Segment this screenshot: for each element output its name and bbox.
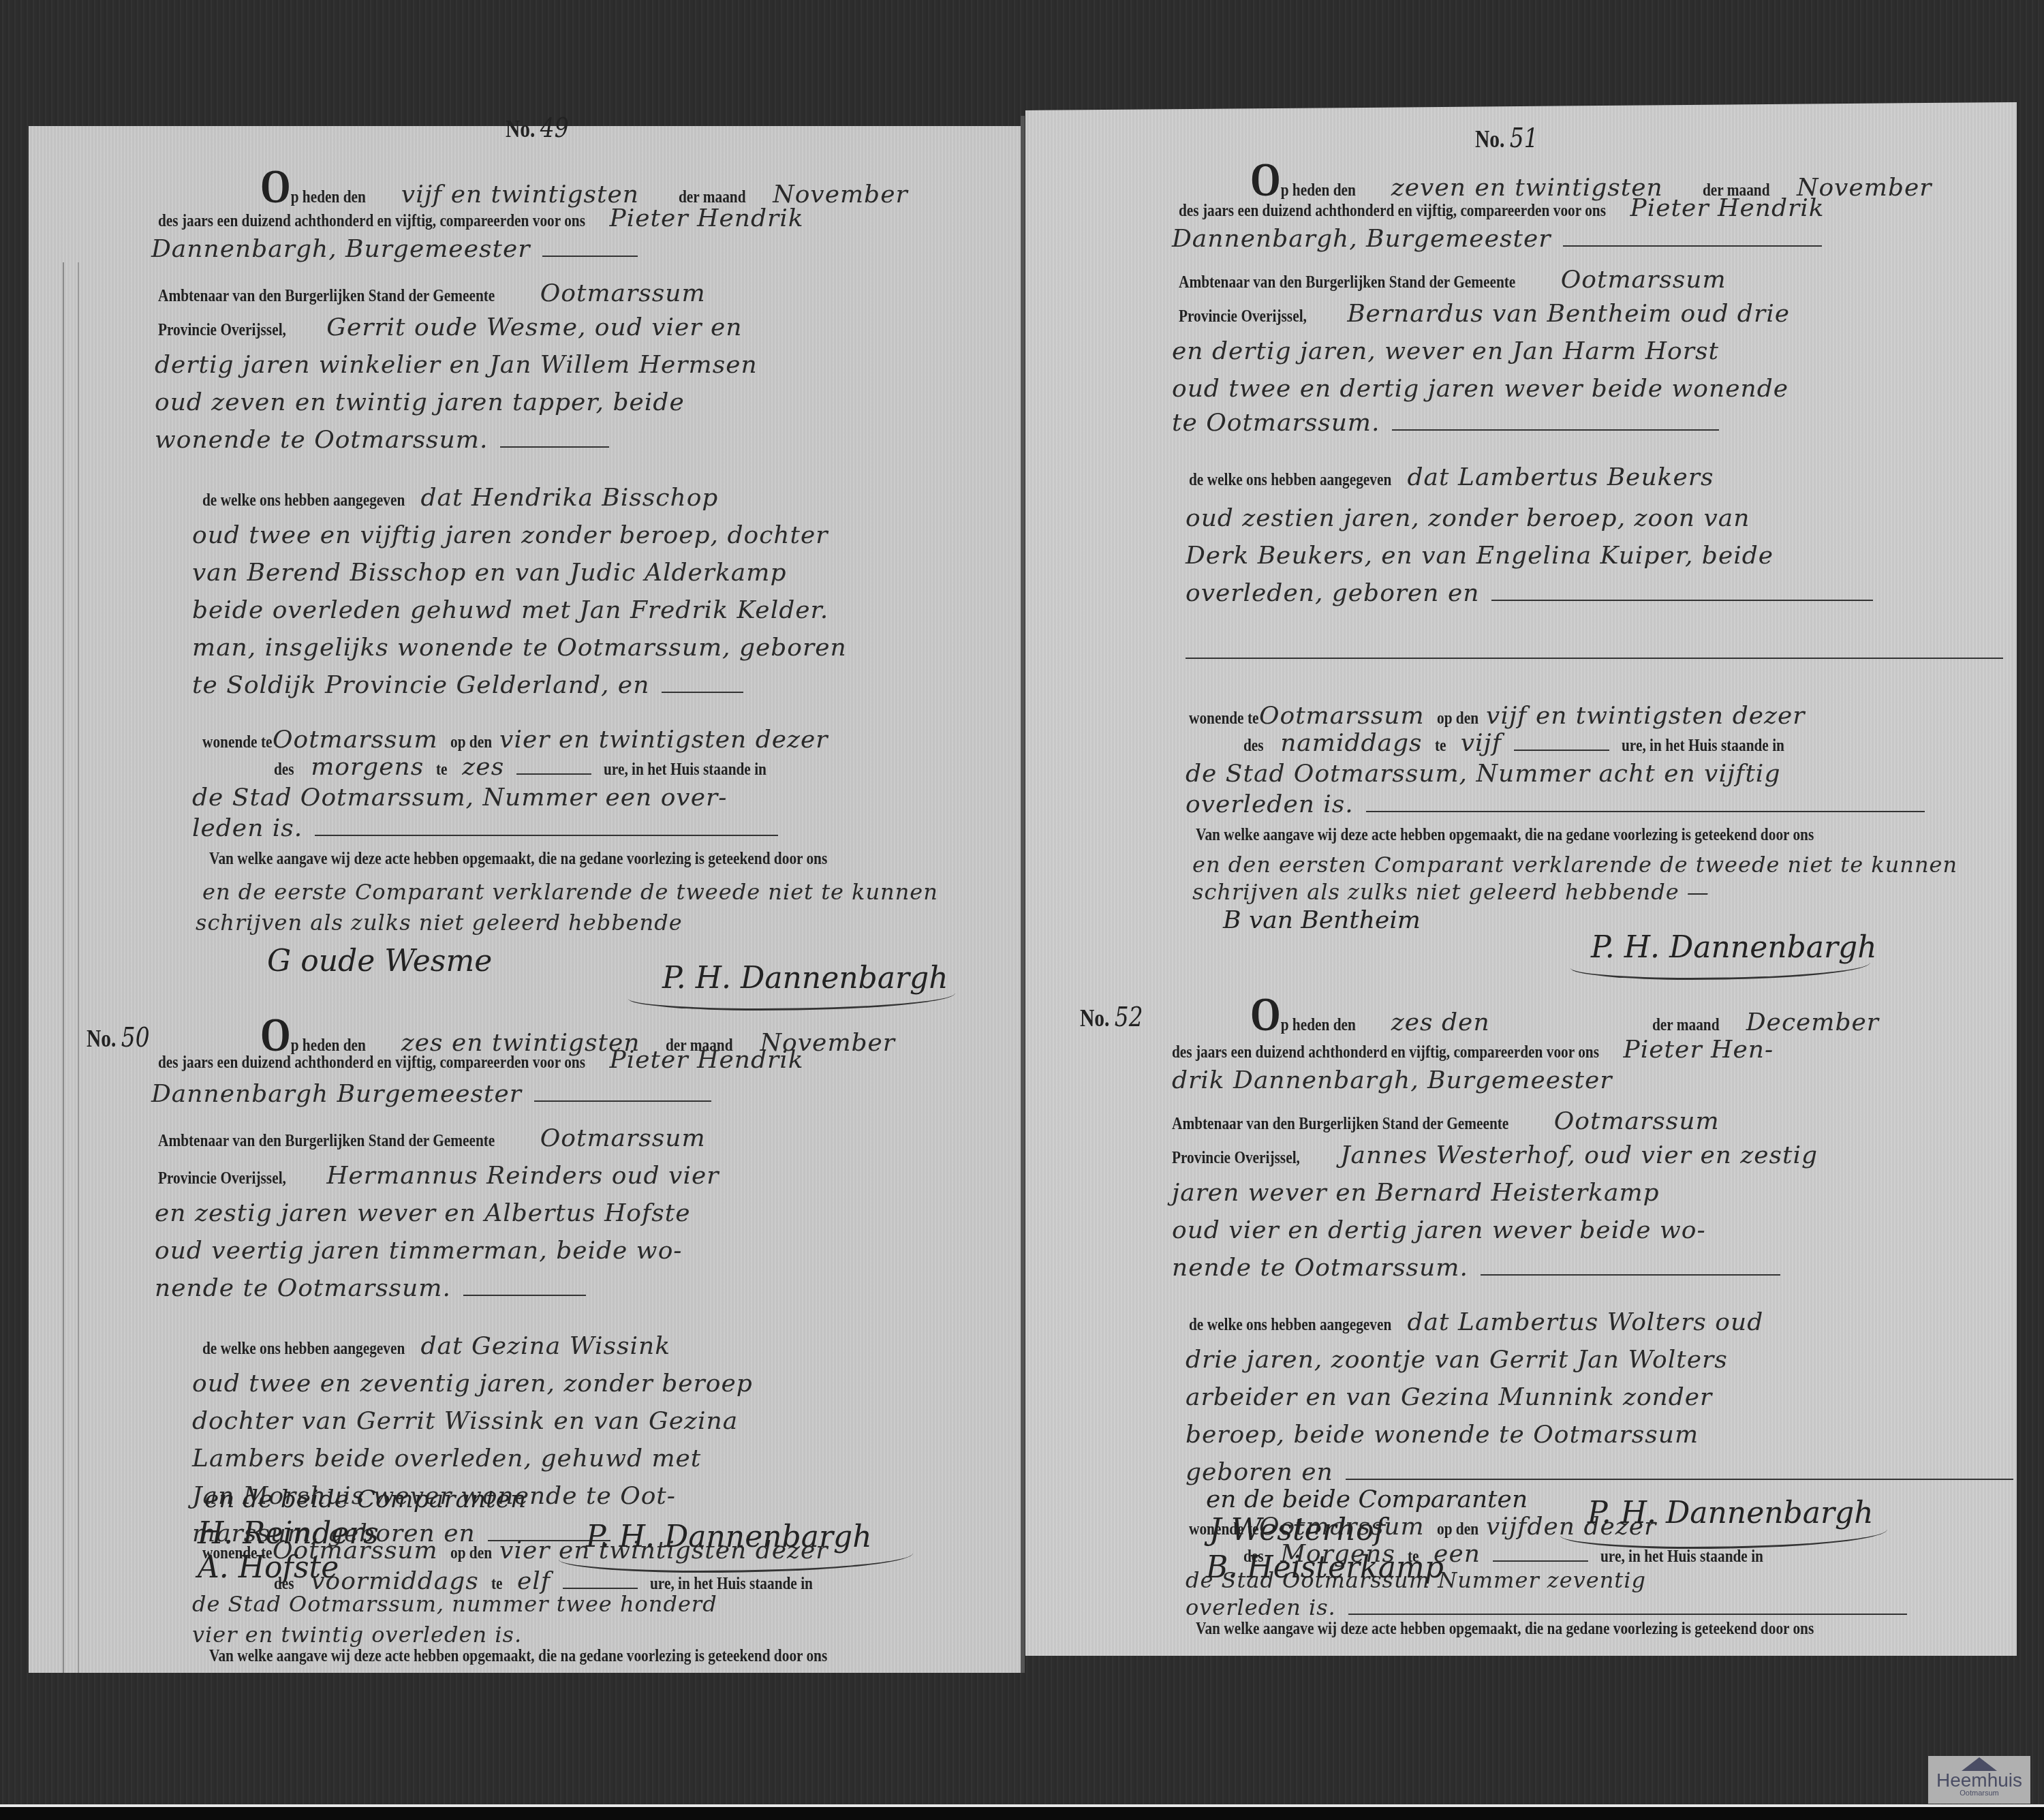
deceased-line: de welke ons hebben aangegeven dat Lambe… — [1189, 463, 1714, 491]
witness-line-1: Provincie Overijssel, Gerrit oude Wesme,… — [158, 313, 743, 341]
deceased-detail-3: overleden, geboren en — [1186, 579, 1873, 607]
ambtenaar-line: Ambtenaar van den Burgerlijken Stand der… — [158, 1124, 706, 1152]
house-line-2: leden is. — [192, 814, 778, 842]
signature-witness-1: H. Reinders — [198, 1516, 379, 1551]
closing-hand-51-2: schrijven als zulks niet geleerd hebbend… — [1192, 879, 1709, 905]
act-number: No. 51 — [1475, 123, 1552, 154]
house-line-1: de Stad Ootmarssum, Nummer acht en vijft… — [1186, 760, 1780, 788]
right-page: No. 51 Op heden den zeven en twintigsten… — [1025, 102, 2017, 1656]
year-line-52: des jaars een duizend achthonderd en vij… — [1172, 1036, 1774, 1064]
deceased-line: de welke ons hebben aangegeven dat Gezin… — [202, 1332, 670, 1360]
house-roof-icon — [1962, 1757, 1997, 1771]
deceased-line-52: de welke ons hebben aangegeven dat Lambe… — [1189, 1308, 1763, 1336]
witness-line-4: te Ootmarssum. — [1172, 409, 1719, 437]
signature-witness-2: A. Hofste — [198, 1550, 339, 1585]
deceased-detail-2: dochter van Gerrit Wissink en van Gezina — [192, 1407, 738, 1435]
deceased-detail-3: beide overleden gehuwd met Jan Fredrik K… — [192, 596, 829, 624]
witness-line-1: Provincie Overijssel, Bernardus van Bent… — [1179, 300, 1790, 328]
deceased-detail-52-1: drie jaren, zoontje van Gerrit Jan Wolte… — [1186, 1346, 1728, 1374]
residence-line: wonende te Ootmarssum op den vijf en twi… — [1189, 702, 1806, 730]
witness-line-52-2: jaren wever en Bernard Heisterkamp — [1172, 1179, 1660, 1207]
deceased-detail-52-3: beroep, beide wonende te Ootmarssum — [1186, 1421, 1699, 1449]
house-line-50-2: vier en twintig overleden is. — [192, 1622, 522, 1648]
witness-line-1: Provincie Overijssel, Hermannus Reinders… — [158, 1162, 719, 1190]
witness-line-52-1: Provincie Overijssel, Jannes Westerhof, … — [1172, 1141, 1818, 1169]
act-50-closing-hand: en de beide Comparanten — [204, 1485, 526, 1513]
act-day: zes den — [1391, 1008, 1490, 1036]
deceased-detail-1: oud zestien jaren, zonder beroep, zoon v… — [1186, 504, 1750, 532]
act-51: No. 51 Op heden den zeven en twintigsten… — [1025, 102, 2017, 886]
deceased-detail-1: oud twee en zeventig jaren, zonder beroe… — [192, 1370, 753, 1398]
house-line-52-2: overleden is. — [1186, 1594, 1907, 1620]
witness-line-2: en zestig jaren wever en Albertus Hofste — [155, 1199, 691, 1227]
signature-flourish — [1570, 951, 1870, 980]
watermark-name: Heemhuis — [1928, 1771, 2030, 1790]
deceased-detail-4: man, insgelijks wonende te Ootmarssum, g… — [192, 634, 847, 662]
ambtenaar-line: Ambtenaar van den Burgerlijken Stand der… — [1179, 266, 1726, 294]
closing-line-49: Van welke aangave wij deze acte hebben o… — [209, 848, 963, 869]
heemhuis-watermark-logo: Heemhuis Ootmarsum — [1928, 1756, 2030, 1804]
act-49: No. 49 Op heden den vijf en twintigsten … — [29, 126, 1022, 876]
year-line: des jaars een duizend achthonderd en vij… — [158, 1046, 804, 1074]
deceased-detail-5: te Soldijk Provincie Gelderland, en — [192, 671, 743, 699]
ambtenaar-line-52: Ambtenaar van den Burgerlijken Stand der… — [1172, 1107, 1720, 1135]
watermark-subtitle: Ootmarsum — [1928, 1790, 2030, 1798]
act-opening-line-52: Op heden den zes den der maand December — [1250, 991, 1879, 1039]
witness-line-3: oud twee en dertig jaren wever beide won… — [1172, 375, 1788, 403]
official-line: Dannenbargh, Burgemeester — [151, 235, 638, 263]
closing-line: Van welke aangave wij deze acte hebben o… — [1196, 824, 1949, 845]
signature-witness: B van Bentheim — [1223, 906, 1421, 934]
signature-witness-1: J Westerhof — [1209, 1513, 1385, 1547]
left-page: No. 49 Op heden den vijf en twintigsten … — [29, 126, 1022, 1673]
deceased-detail-1: oud twee en vijftig jaren zonder beroep,… — [192, 521, 829, 549]
house-line-1: de Stad Ootmarssum, Nummer een over- — [192, 784, 727, 812]
house-line-2: overleden is. — [1186, 790, 1925, 818]
witness-line-3: oud veertig jaren timmerman, beide wo- — [155, 1237, 683, 1265]
witness-line-4: nende te Ootmarssum. — [155, 1274, 586, 1302]
time-line: des morgens te zes ure, in het Huis staa… — [274, 753, 802, 781]
year-line: des jaars een duizend achthonderd en vij… — [1179, 194, 1825, 222]
house-line-50-1: de Stad Ootmarssum, nummer twee honderd — [192, 1591, 717, 1617]
closing-line-50: Van welke aangave wij deze acte hebben o… — [209, 1646, 963, 1666]
deceased-line: de welke ons hebben aangegeven dat Hendr… — [202, 484, 718, 512]
official-line: Dannenbargh Burgemeester — [151, 1080, 711, 1108]
signature-witness-2: B. Heisterkamp — [1206, 1550, 1444, 1585]
witness-line-52-3: oud vier en dertig jaren wever beide wo- — [1172, 1216, 1706, 1244]
official-line-52: drik Dannenbargh, Burgemeester — [1172, 1066, 1612, 1094]
deceased-detail-52-4: geboren en — [1186, 1458, 2013, 1486]
witness-line-2: dertig jaren winkelier en Jan Willem Her… — [155, 351, 758, 379]
act-month: December — [1746, 1008, 1879, 1036]
act-52-closing-hand: en de beide Comparanten — [1206, 1485, 1528, 1513]
deceased-detail-2: Derk Beukers, en van Engelina Kuiper, be… — [1186, 542, 1774, 570]
deceased-detail-52-2: arbeider en van Gezina Munnink zonder — [1186, 1383, 1712, 1411]
year-line: des jaars een duizend achthonderd en vij… — [158, 204, 804, 232]
scan-bottom-edge — [0, 1804, 2044, 1820]
witness-line-4: wonende te Ootmarssum. — [155, 426, 609, 454]
witness-line-3: oud zeven en twintig jaren tapper, beide — [155, 388, 685, 416]
official-line: Dannenbargh, Burgemeester — [1172, 225, 1822, 253]
blank-rule — [1186, 658, 2003, 659]
witness-line-52-4: nende te Ootmarssum. — [1172, 1254, 1780, 1282]
ambtenaar-line: Ambtenaar van den Burgerlijken Stand der… — [158, 279, 706, 307]
time-line: des namiddags te vijf ure, in het Huis s… — [1243, 729, 1820, 757]
act-number: No. 49 — [506, 112, 583, 144]
witness-line-2: en dertig jaren, wever en Jan Harm Horst — [1172, 337, 1719, 365]
closing-line-52: Van welke aangave wij deze acte hebben o… — [1196, 1618, 1949, 1639]
book-gutter — [1021, 116, 1025, 1673]
deceased-detail-2: van Berend Bisschop en van Judic Alderka… — [192, 559, 786, 587]
closing-hand-1: en den eersten Comparant verklarende de … — [1192, 852, 1957, 878]
act-number-52: No. 52 — [1080, 1002, 1157, 1033]
act-number: No. 50 — [87, 1022, 164, 1053]
deceased-detail-3: Lambers beide overleden, gehuwd met — [192, 1445, 701, 1472]
residence-line: wonende te Ootmarssum op den vier en twi… — [202, 726, 829, 754]
